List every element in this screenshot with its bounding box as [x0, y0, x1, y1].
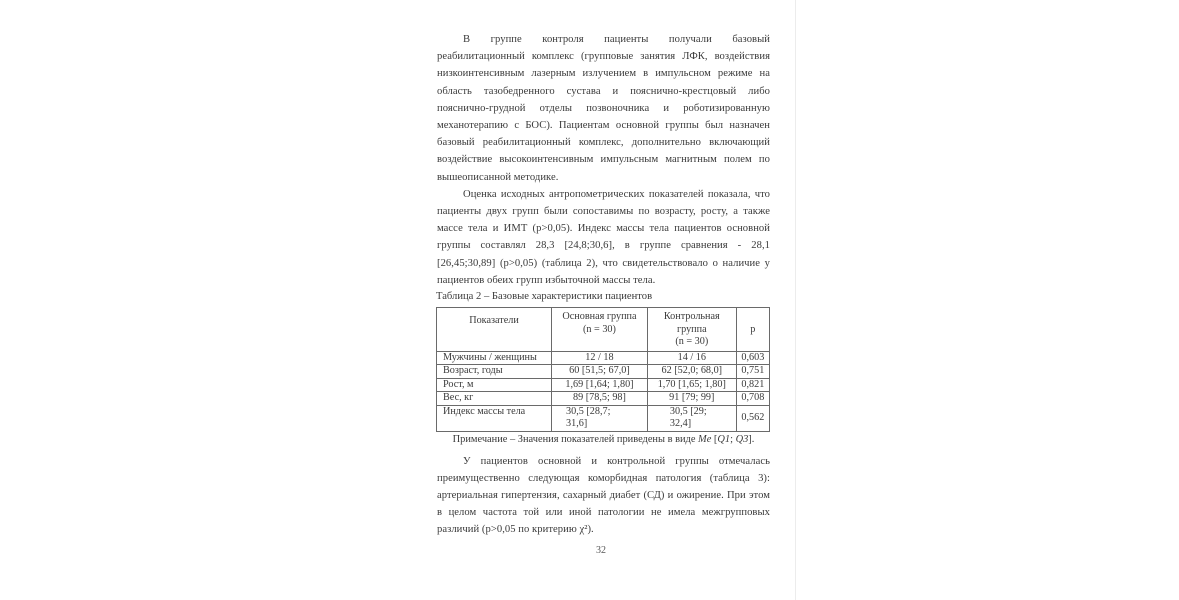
note-q3: Q3 — [736, 434, 749, 445]
table-row: Рост, м 1,69 [1,64; 1,80] 1,70 [1,65; 1,… — [437, 378, 770, 392]
cell-main: 30,5 [28,7; 31,6] — [552, 405, 648, 431]
page-number: 32 — [596, 545, 606, 556]
cell-p: 0,708 — [736, 392, 769, 406]
cell-control: 1,70 [1,65; 1,80] — [647, 378, 736, 392]
header-main-group-title: Основная группа — [555, 311, 644, 324]
header-control-group-title-1: Контрольная — [651, 311, 733, 324]
cell-p: 0,562 — [736, 405, 769, 431]
cell-main: 60 [51,5; 67,0] — [552, 365, 648, 379]
header-control-group-n: (n = 30) — [651, 336, 733, 349]
paragraph-comorbidity: У пациентов основной и контрольной групп… — [437, 453, 770, 539]
header-indicator: Показатели — [437, 308, 552, 352]
cell-control: 30,5 [29; 32,4] — [647, 405, 736, 431]
note-me: Me — [698, 434, 711, 445]
table-row: Индекс массы тела 30,5 [28,7; 31,6] 30,5… — [437, 405, 770, 431]
cell-control: 62 [52,0; 68,0] — [647, 365, 736, 379]
cell-p: 0,751 — [736, 365, 769, 379]
table-row: Мужчины / женщины 12 / 18 14 / 16 0,603 — [437, 351, 770, 365]
cell-main: 1,69 [1,64; 1,80] — [552, 378, 648, 392]
cell-main: 12 / 18 — [552, 351, 648, 365]
note-q1: Q1 — [717, 434, 730, 445]
table-row: Возраст, годы 60 [51,5; 67,0] 62 [52,0; … — [437, 365, 770, 379]
cell-control: 91 [79; 99] — [647, 392, 736, 406]
page-edge — [795, 0, 796, 600]
table-header-row: Показатели Основная группа (n = 30) Конт… — [437, 308, 770, 352]
header-p-value: p — [736, 308, 769, 352]
header-indicator-label: Показатели — [440, 311, 548, 328]
cell-indicator: Индекс массы тела — [437, 405, 552, 431]
header-main-group-n: (n = 30) — [555, 324, 644, 337]
page-content: В группе контроля пациенты получали базо… — [437, 31, 770, 539]
table-note: Примечание – Значения показателей привед… — [437, 433, 770, 447]
cell-indicator: Возраст, годы — [437, 365, 552, 379]
header-control-group-title-2: группа — [651, 324, 733, 337]
cell-main: 89 [78,5; 98] — [552, 392, 648, 406]
note-text: Примечание – Значения показателей привед… — [453, 434, 698, 445]
baseline-characteristics-table: Показатели Основная группа (n = 30) Конт… — [436, 307, 770, 432]
table-row: Вес, кг 89 [78,5; 98] 91 [79; 99] 0,708 — [437, 392, 770, 406]
cell-p: 0,821 — [736, 378, 769, 392]
header-main-group: Основная группа (n = 30) — [552, 308, 648, 352]
cell-indicator: Вес, кг — [437, 392, 552, 406]
cell-indicator: Рост, м — [437, 378, 552, 392]
note-bracket-close: ]. — [748, 434, 754, 445]
cell-control: 14 / 16 — [647, 351, 736, 365]
cell-indicator: Мужчины / женщины — [437, 351, 552, 365]
table-caption: Таблица 2 – Базовые характеристики пацие… — [436, 289, 770, 305]
paragraph-control-group: В группе контроля пациенты получали базо… — [437, 31, 770, 186]
header-control-group: Контрольная группа (n = 30) — [647, 308, 736, 352]
paragraph-anthropometry: Оценка исходных антропометрических показ… — [437, 186, 770, 289]
cell-p: 0,603 — [736, 351, 769, 365]
